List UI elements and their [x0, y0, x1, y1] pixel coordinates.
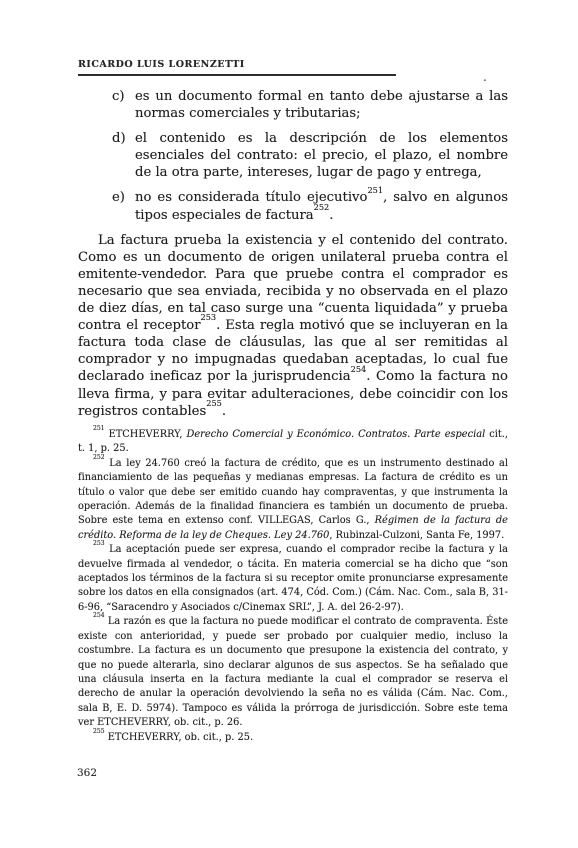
- list-text-e: no es considerada título ejecutivo251, s…: [135, 189, 508, 223]
- list-marker-c: c): [112, 88, 135, 122]
- list-marker-e: e): [112, 189, 135, 223]
- list-text-d: el contenido es la descripción de los el…: [135, 130, 508, 181]
- list-marker-d: d): [112, 130, 135, 181]
- footnotes-block: 251 ETCHEVERRY, Derecho Comercial y Econ…: [78, 428, 508, 745]
- footnote-254: 254 La razón es que la factura no puede …: [78, 615, 508, 730]
- stray-mark: .: [483, 70, 487, 84]
- running-head-author: RICARDO LUIS LORENZETTI: [78, 59, 396, 70]
- page-number: 362: [77, 767, 97, 779]
- list-text-c: es un documento formal en tanto debe aju…: [135, 88, 508, 122]
- list-item-c: c) es un documento formal en tanto debe …: [112, 88, 508, 122]
- footnote-253: 253 La aceptación puede ser expresa, cua…: [78, 543, 508, 615]
- footnote-255: 255 ETCHEVERRY, ob. cit., p. 25.: [78, 731, 508, 745]
- list-item-e: e) no es considerada título ejecutivo251…: [112, 189, 508, 223]
- body-paragraph: La factura prueba la existencia y el con…: [78, 232, 508, 420]
- main-text-block: c) es un documento formal en tanto debe …: [78, 88, 508, 420]
- list-item-d: d) el contenido es la descripción de los…: [112, 130, 508, 181]
- running-head-rule: RICARDO LUIS LORENZETTI: [78, 59, 396, 76]
- footnote-252: 252 La ley 24.760 creó la factura de cré…: [78, 457, 508, 543]
- scanned-book-page: RICARDO LUIS LORENZETTI . c) es un docum…: [0, 0, 578, 848]
- footnote-251: 251 ETCHEVERRY, Derecho Comercial y Econ…: [78, 428, 508, 457]
